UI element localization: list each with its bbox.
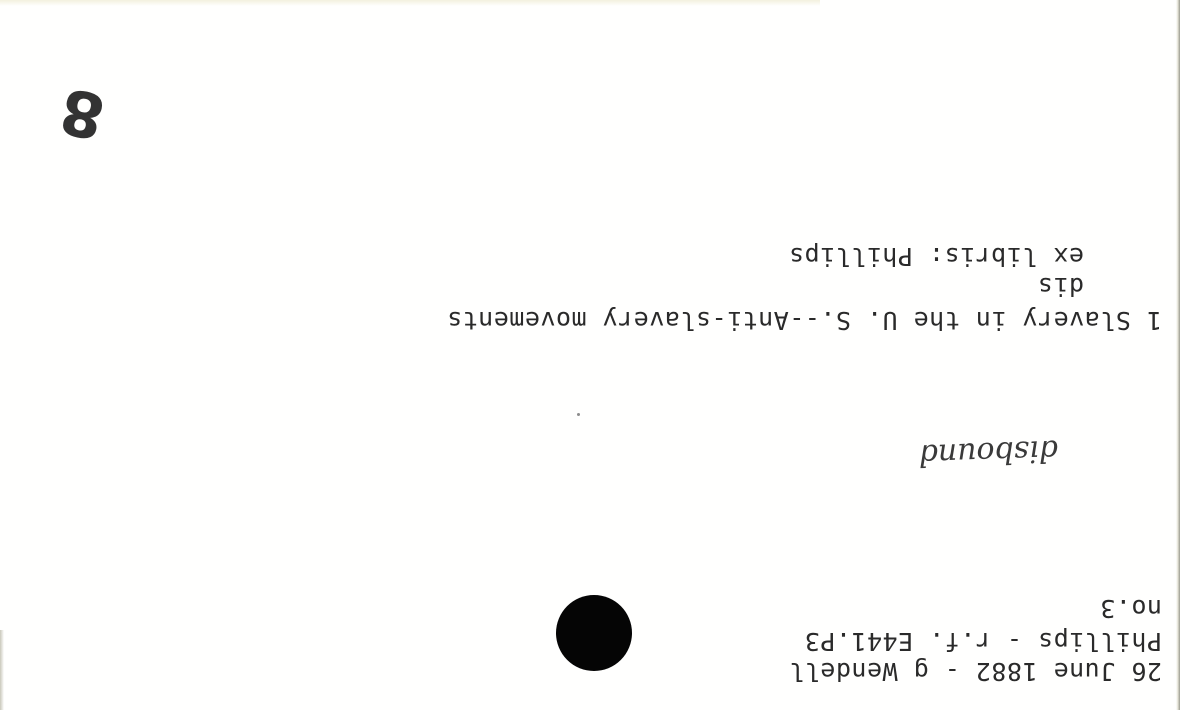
scan-edge-shadow	[1176, 0, 1180, 710]
dust-speck	[577, 413, 580, 416]
call-number-line: Phillips - r.f. E441.P3	[804, 626, 1162, 656]
handwritten-note-disbound: disbound	[918, 433, 1058, 473]
date-line: 26 June 1882 - g Wendell	[789, 656, 1162, 686]
scan-edge-shadow	[0, 630, 4, 710]
volume-line: no.3	[1100, 593, 1162, 623]
scan-edge-shadow	[0, 0, 820, 6]
dis-line: dis	[1037, 271, 1084, 301]
punch-hole	[556, 595, 632, 671]
subject-heading-line: 1 Slavery in the U. S.--Anti-slavery mov…	[447, 305, 1162, 335]
handwritten-card-number: 8	[54, 73, 111, 153]
catalog-card: 26 June 1882 - g Wendell Phillips - r.f.…	[0, 0, 1180, 710]
provenance-line: ex libris: Phillips	[789, 241, 1084, 271]
